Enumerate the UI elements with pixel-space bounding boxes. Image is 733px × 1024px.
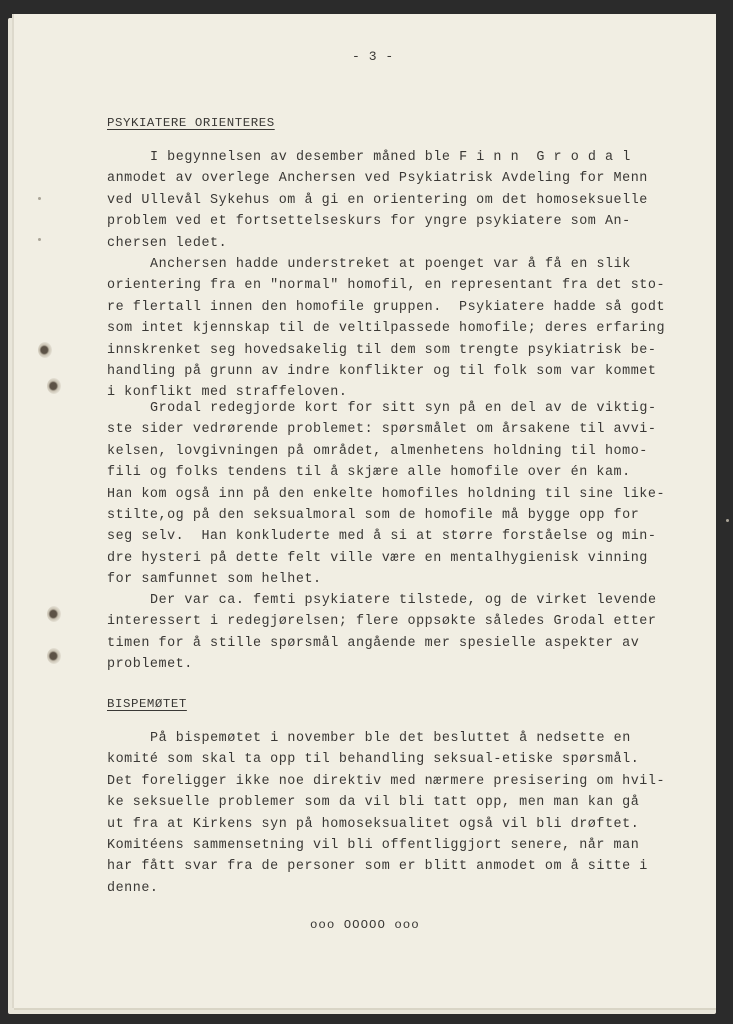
text-line: anmodet av overlege Anchersen ved Psykia… [107,168,677,189]
text-line: På bispemøtet i november ble det beslutt… [107,728,677,749]
text-line: Grodal redegjorde kort for sitt syn på e… [107,398,677,419]
paragraph: Der var ca. femti psykiatere tilstede, o… [107,590,677,676]
text-line: I begynnelsen av desember måned ble F i … [107,147,677,168]
text-line: denne. [107,878,677,899]
text-line: innskrenket seg hovedsakelig til dem som… [107,340,677,361]
text-line: ke seksuelle problemer som da vil bli ta… [107,792,677,813]
text-line: Anchersen hadde understreket at poenget … [107,254,677,275]
paper-mark [38,238,41,241]
text-line: problemet. [107,654,677,675]
punch-hole [47,378,61,394]
text-line: stilte,og på den seksualmoral som de hom… [107,505,677,526]
text-line: Han kom også inn på den enkelte homofile… [107,484,677,505]
text-line: chersen ledet. [107,233,677,254]
text-line: interessert i redegjørelsen; flere oppsø… [107,611,677,632]
paragraph: I begynnelsen av desember måned ble F i … [107,147,677,254]
section-heading-bispemotet: BISPEMØTET [107,697,187,711]
text-line: re flertall innen den homofile gruppen. … [107,297,677,318]
text-line: seg selv. Han konkluderte med å si at st… [107,526,677,547]
text-line: orientering fra en "normal" homofil, en … [107,275,677,296]
text-line: timen for å stille spørsmål angående mer… [107,633,677,654]
text-line: fili og folks tendens til å skjære alle … [107,462,677,483]
text-line: har fått svar fra de personer som er bli… [107,856,677,877]
text-line: Det foreligger ikke noe direktiv med nær… [107,771,677,792]
text-line: for samfunnet som helhet. [107,569,677,590]
text-line: komité som skal ta opp til behandling se… [107,749,677,770]
text-line: dre hysteri på dette felt ville være en … [107,548,677,569]
text-line: Komitéens sammensetning vil bli offentli… [107,835,677,856]
paragraph: På bispemøtet i november ble det beslutt… [107,728,677,899]
paragraph: Grodal redegjorde kort for sitt syn på e… [107,398,677,591]
text-line: ved Ullevål Sykehus om å gi en orienteri… [107,190,677,211]
text-line: handling på grunn av indre konflikter og… [107,361,677,382]
text-line: kelsen, lovgivningen på området, almenhe… [107,441,677,462]
section-heading-psykiatere: PSYKIATERE ORIENTERES [107,116,275,130]
punch-hole [47,606,61,622]
text-line: ut fra at Kirkens syn på homoseksualitet… [107,814,677,835]
punch-hole [38,342,52,358]
paragraph: Anchersen hadde understreket at poenget … [107,254,677,404]
punch-hole [47,648,61,664]
paper-mark [38,197,41,200]
page-number: - 3 - [352,49,394,64]
text-line: som intet kjennskap til de veltilpassede… [107,318,677,339]
text-line: Der var ca. femti psykiatere tilstede, o… [107,590,677,611]
text-line: ste sider vedrørende problemet: spørsmål… [107,419,677,440]
paper-mark [726,519,729,522]
closing-mark: ooo OOOOO ooo [310,918,420,932]
text-line: problem ved et fortsettelseskurs for yng… [107,211,677,232]
